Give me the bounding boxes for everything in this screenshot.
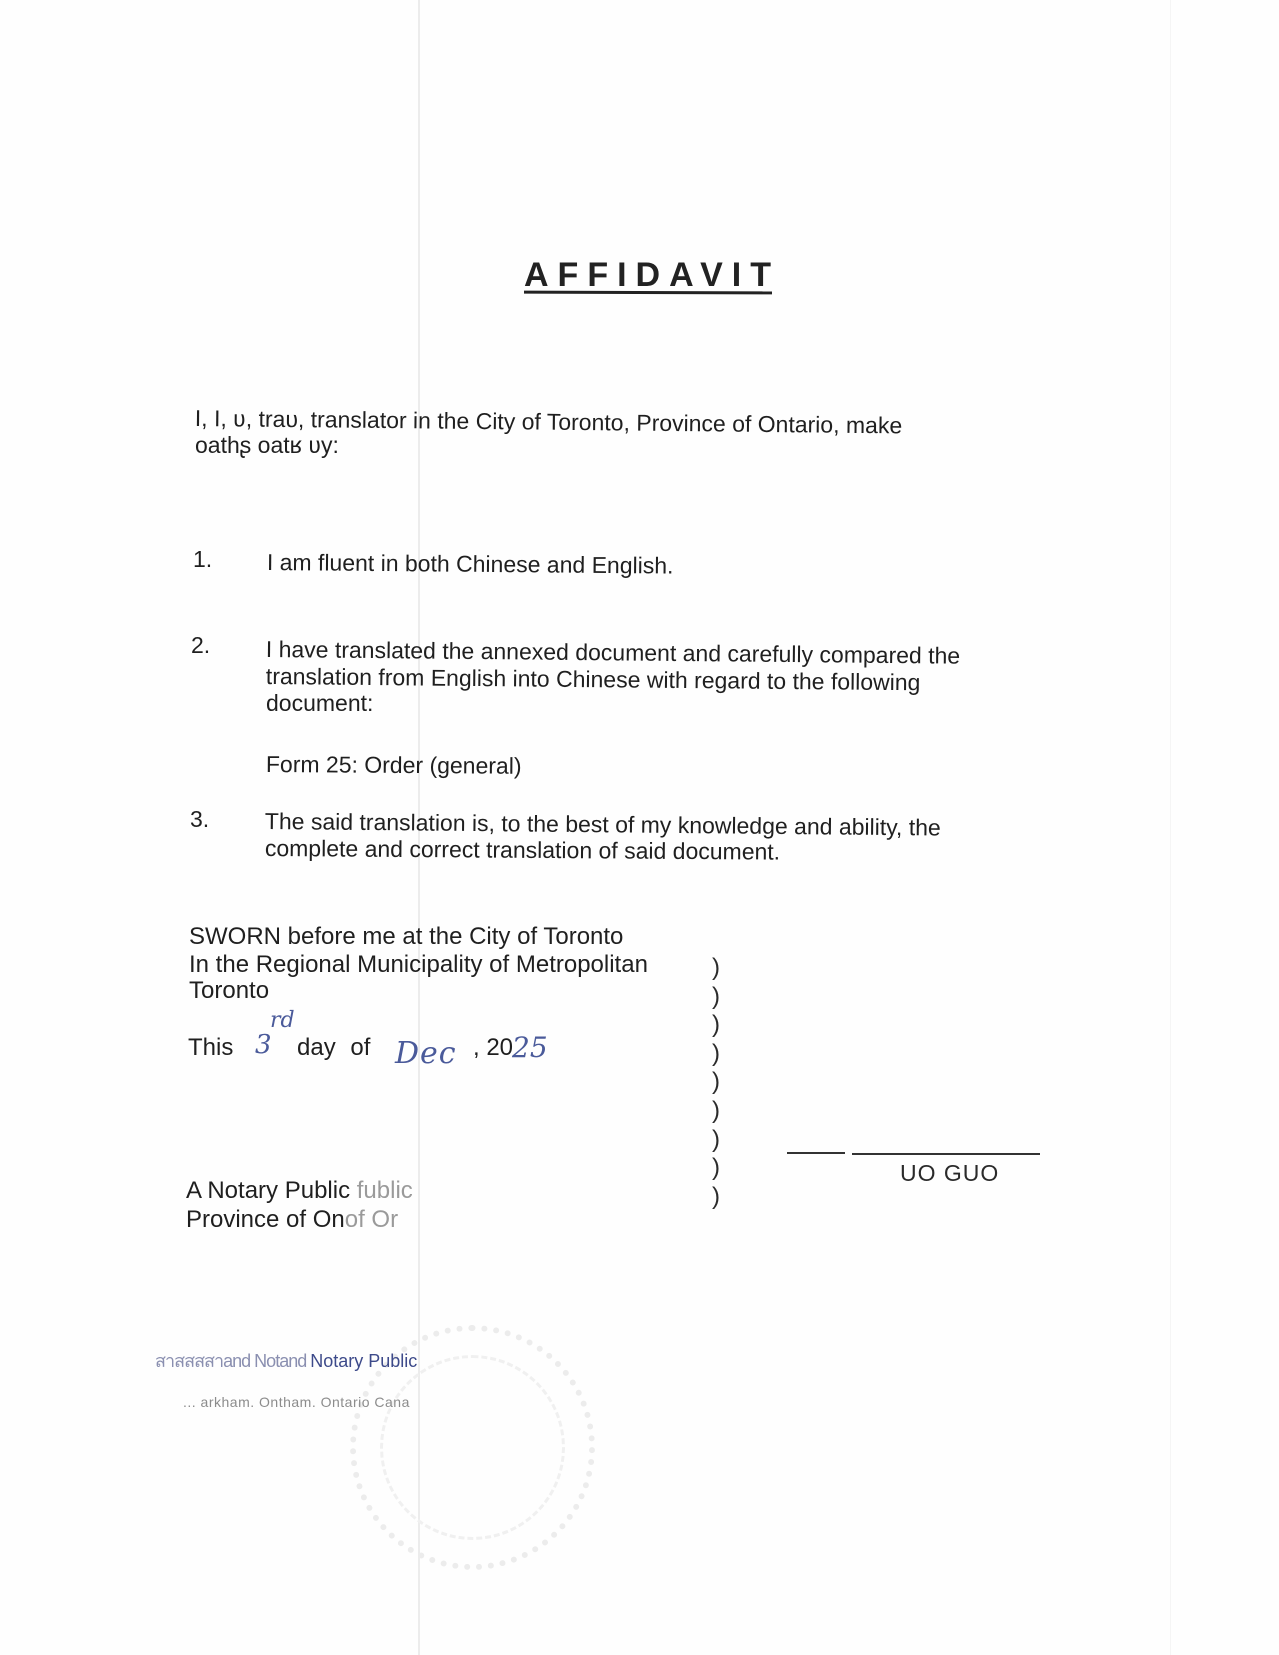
notary-line-2-text: Province of On xyxy=(186,1206,345,1233)
jurat-line-3: Toronto xyxy=(189,978,269,1004)
item-number-2: 2. xyxy=(191,632,210,659)
affidavit-page: AFFIDAVIT I, I, ʋ, traυ, translator in t… xyxy=(0,0,1279,1655)
notary-line-2-ghost: of Or xyxy=(345,1206,398,1233)
notary-line-1-text: A Notary Public xyxy=(186,1177,350,1204)
scan-fold-line xyxy=(1170,0,1171,1655)
notary-stamp-faded-text: สาสสสสาand Notand xyxy=(155,1351,310,1371)
notary-stamp-title: Notary Public xyxy=(310,1351,417,1371)
notary-line-1-ghost: fublic xyxy=(350,1177,413,1204)
jurat-year-prefix: , 20 xyxy=(473,1035,513,1061)
item-1-text: I am fluent in both Chinese and English. xyxy=(267,549,674,579)
intro-line-2: oathʂ oatʁ ʋy: xyxy=(195,432,339,458)
jurat-this-label: This xyxy=(188,1035,233,1061)
jurat-brackets: ) ) ) ) ) ) ) ) ) xyxy=(712,954,720,1211)
notary-stamp-line-1: สาสสสสาand Notand Notary Public xyxy=(155,1346,417,1375)
item-number-1: 1. xyxy=(193,546,212,573)
item-3-line-2: complete and correct translation of said… xyxy=(265,835,780,865)
handwritten-day-suffix: rd xyxy=(270,1008,295,1033)
item-2-line-3: document: xyxy=(266,690,373,716)
notary-line-2: Province of Onof Or xyxy=(186,1207,398,1233)
jurat-line-1: SWORN before me at the City of Toronto xyxy=(189,923,623,950)
translated-document-name: Form 25: Order (general) xyxy=(266,751,522,779)
deponent-name: UO GUO xyxy=(900,1160,999,1187)
signature-line xyxy=(852,1153,1040,1155)
notary-stamp-line-2: ... arkham. Ontham. Ontario Cana xyxy=(183,1394,410,1410)
item-number-3: 3. xyxy=(190,806,209,833)
jurat-day-of-label: day of xyxy=(297,1035,370,1061)
jurat-line-2: In the Regional Municipality of Metropol… xyxy=(189,952,648,978)
notary-seal-inner xyxy=(380,1355,565,1540)
signature-line-segment xyxy=(787,1152,845,1154)
handwritten-year: 25 xyxy=(512,1031,548,1064)
handwritten-month: Dec xyxy=(395,1036,457,1071)
notary-line-1: A Notary Public fublic xyxy=(186,1178,413,1204)
handwritten-day: 3 xyxy=(255,1030,272,1060)
document-title: AFFIDAVIT xyxy=(524,256,780,295)
